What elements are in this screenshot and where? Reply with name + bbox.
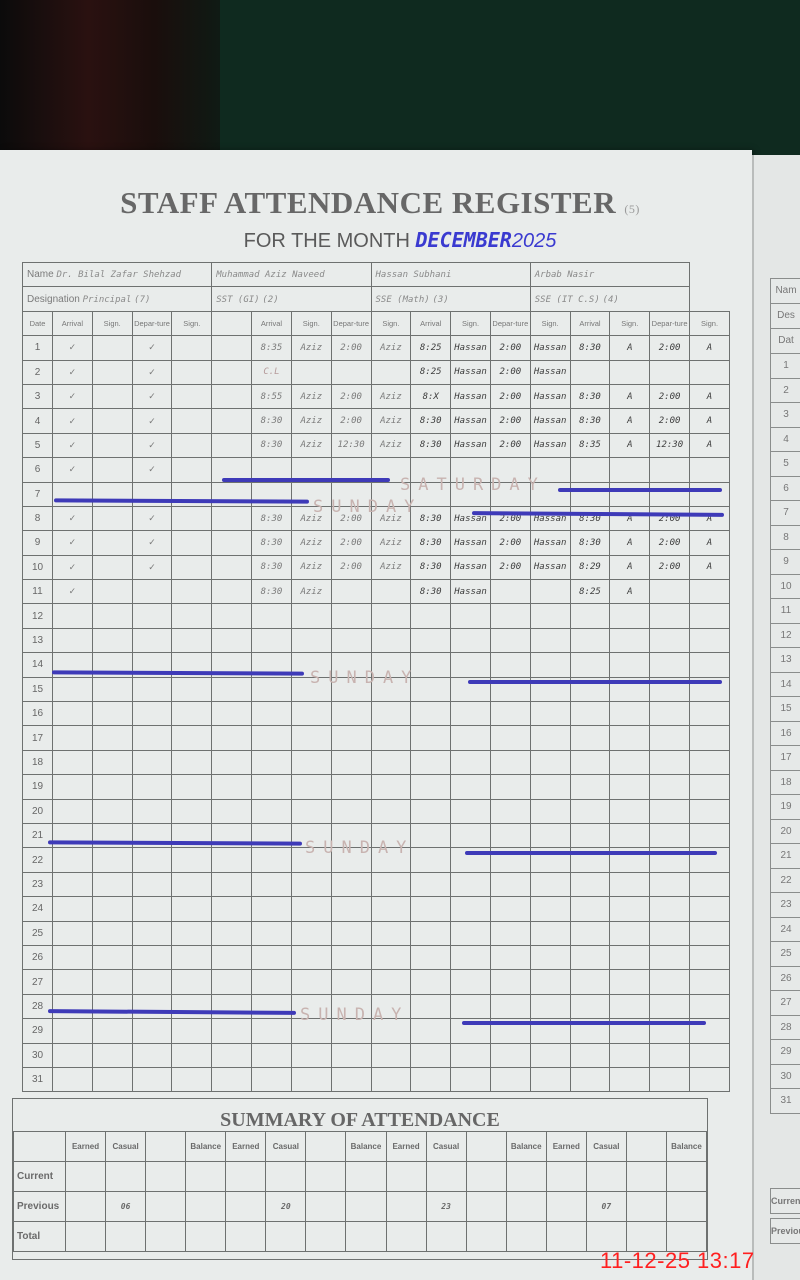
background-green-cloth [220,0,800,160]
staff-3-cell [530,945,570,969]
staff-2-cell [331,360,371,384]
staff-3-cell [530,580,570,604]
staff-3-cell: Hassan [451,384,491,408]
table-row: 12 [23,604,730,628]
staff-4-cell: A [690,506,730,530]
staff-3-cell: Hassan [451,506,491,530]
staff-4-cell [610,945,650,969]
staff-3-cell [451,653,491,677]
next-page-date: 18 [770,770,800,796]
staff-2-cell [252,702,292,726]
arrival-header: Arrival [252,311,292,335]
staff-3-cell [411,1043,451,1067]
staff-2-cell [291,872,331,896]
staff-1-cell [92,1067,132,1091]
staff-3-cell: 2:00 [490,555,530,579]
spacer-cell [212,1043,252,1067]
date-cell: 3 [23,384,53,408]
staff-1-cell [172,921,212,945]
staff-3-cell: 2:00 [490,384,530,408]
staff-3-cell: 8:X [411,384,451,408]
staff-4-cell: A [610,580,650,604]
next-page-label: Nam [770,278,800,304]
sunday-label-21: SUNDAY [305,838,414,858]
table-row: 16 [23,702,730,726]
staff-2-cell: Aziz [371,409,411,433]
staff-1-cell [53,1067,93,1091]
staff-1-cell [92,750,132,774]
next-page-date: 11 [770,598,800,624]
staff-4-cell: A [690,531,730,555]
staff-2-cell [371,970,411,994]
staff-3-cell [411,775,451,799]
staff-1-cell [92,580,132,604]
staff-1-cell [92,799,132,823]
spacer-cell [212,945,252,969]
staff-2-cell [371,799,411,823]
staff-4-cell: A [690,409,730,433]
staff-2-cell [252,726,292,750]
next-page-date: 20 [770,819,800,845]
staff-1-cell [53,1043,93,1067]
table-row: 25 [23,921,730,945]
staff-4-cell [650,604,690,628]
staff-4-cell [570,945,610,969]
staff-1-cell [92,897,132,921]
table-row: 27 [23,970,730,994]
staff-3-cell: Hassan [530,531,570,555]
sign-header: Sign. [610,311,650,335]
staff-2-cell [291,604,331,628]
next-page-date: 3 [770,402,800,428]
staff-3-cell: Hassan [530,336,570,360]
departure-header: Depar-ture [490,311,530,335]
table-row: 5✓✓8:30Aziz12:30Aziz8:30Hassan2:00Hassan… [23,433,730,457]
staff-2-cell: Aziz [291,336,331,360]
month-value: DECEMBER [416,228,512,252]
staff-1-cell [53,872,93,896]
spacer-cell [212,409,252,433]
staff-4-cell [650,653,690,677]
staff-1-cell: ✓ [132,384,172,408]
staff-4-cell [570,628,610,652]
staff-4-cell: 8:30 [570,384,610,408]
staff-3-cell: Hassan [451,433,491,457]
staff-2-cell [252,897,292,921]
staff-1-name-cell: Name Dr. Bilal Zafar Shehzad [23,263,212,287]
staff-2-cell [331,604,371,628]
staff-4-cell: 2:00 [650,409,690,433]
staff-4-cell [570,726,610,750]
spacer-cell [212,336,252,360]
staff-1-cell [92,848,132,872]
staff-1-cell [172,702,212,726]
staff-2-cell [331,702,371,726]
date-cell: 24 [23,897,53,921]
staff-3-cell [530,872,570,896]
page-number: (5) [624,202,640,216]
staff-2-cell: 8:55 [252,384,292,408]
next-page-date: 29 [770,1039,800,1065]
month-label: FOR THE MONTH [244,230,410,252]
staff-3-cell [451,823,491,847]
sign-header: Sign. [291,311,331,335]
staff-3-cell [411,1067,451,1091]
staff-4-cell [570,921,610,945]
staff-1-cell: ✓ [53,384,93,408]
staff-3-cell: 2:00 [490,360,530,384]
staff-2-cell [371,872,411,896]
staff-1-cell [172,726,212,750]
next-page-date: 26 [770,966,800,992]
staff-2-cell [371,604,411,628]
staff-2-cell [371,750,411,774]
staff-2-cell [291,702,331,726]
spacer-cell [212,384,252,408]
staff-2-cell [331,628,371,652]
date-cell: 11 [23,580,53,604]
table-row: 19 [23,775,730,799]
staff-2-cell [371,921,411,945]
staff-1-cell [132,970,172,994]
next-page-date: 8 [770,525,800,551]
spacer-cell [212,677,252,701]
staff-4-cell [610,897,650,921]
table-row: 31 [23,1067,730,1091]
date-cell: 19 [23,775,53,799]
next-page-date: 25 [770,941,800,967]
staff-1-cell [172,1019,212,1043]
staff-4-name-cell: Arbab Nasir [530,263,689,287]
spacer-cell [212,750,252,774]
next-page-date: 24 [770,917,800,943]
staff-4-cell [570,799,610,823]
spacer-cell [212,506,252,530]
staff-4-cell [570,994,610,1018]
staff-2-cell: 2:00 [331,336,371,360]
staff-4-cell [690,360,730,384]
date-cell: 13 [23,628,53,652]
staff-2-cell [371,702,411,726]
previous-casual-1: 06 [106,1192,146,1222]
spacer-cell [212,897,252,921]
staff-1-cell [92,872,132,896]
staff-4-cell [570,360,610,384]
staff-1-cell [132,775,172,799]
staff-1-cell [172,897,212,921]
staff-2-cell: 8:30 [252,531,292,555]
staff-4-cell [650,921,690,945]
register-title: STAFF ATTENDANCE REGISTER (5) [0,185,760,221]
staff-3-cell [451,775,491,799]
date-cell: 18 [23,750,53,774]
staff-2-cell [331,897,371,921]
month-line: FOR THE MONTH DECEMBER2025 [0,228,800,253]
staff-4-cell [610,872,650,896]
staff-3-cell [411,702,451,726]
staff-2-cell [252,872,292,896]
staff-4-cell: A [610,531,650,555]
staff-1-cell: ✓ [132,336,172,360]
staff-1-cell [92,677,132,701]
staff-4-cell [570,970,610,994]
staff-1-cell [172,994,212,1018]
spacer-cell [212,921,252,945]
staff-3-cell [530,970,570,994]
staff-3-cell: 8:30 [411,433,451,457]
staff-2-cell: Aziz [291,580,331,604]
staff-1-cell [172,799,212,823]
staff-2-cell: 8:30 [252,555,292,579]
sign-header: Sign. [451,311,491,335]
staff-2-cell [291,945,331,969]
staff-4-cell [650,1043,690,1067]
staff-1-cell [92,1019,132,1043]
staff-3-cell [490,604,530,628]
staff-4-cell [650,994,690,1018]
staff-4-cell [570,897,610,921]
next-page-date: 15 [770,696,800,722]
staff-4-cell [610,775,650,799]
staff-4-cell [650,482,690,506]
table-row: 13 [23,628,730,652]
staff-4-cell: 8:30 [570,531,610,555]
next-page-date: 31 [770,1088,800,1114]
staff-2-cell [291,970,331,994]
arrival-header: Arrival [411,311,451,335]
staff-4-cell: 12:30 [650,433,690,457]
staff-4-cell [610,360,650,384]
staff-4-cell [610,726,650,750]
staff-2-cell [291,799,331,823]
staff-2-cell [252,677,292,701]
staff-1-cell [132,1019,172,1043]
staff-4-cell [650,872,690,896]
staff-4-cell: 8:30 [570,336,610,360]
staff-1-cell [172,531,212,555]
staff-3-cell [451,945,491,969]
next-page-summary-label: Current [770,1188,800,1214]
staff-3-cell [530,1043,570,1067]
staff-1-cell [172,555,212,579]
staff-3-cell [411,872,451,896]
designation-row: Designation Principal (7) SST (GI) (2) S… [23,287,730,311]
staff-1-cell [92,458,132,482]
staff-1-cell: ✓ [53,531,93,555]
staff-2-cell [291,775,331,799]
next-page-date: 2 [770,378,800,404]
staff-1-cell [172,970,212,994]
staff-2-cell [252,921,292,945]
arrival-header: Arrival [53,311,93,335]
next-page-date: 21 [770,843,800,869]
date-cell: 26 [23,945,53,969]
date-cell: 1 [23,336,53,360]
staff-2-cell [331,775,371,799]
staff-1-cell [92,531,132,555]
staff-1-cell: ✓ [53,433,93,457]
staff-2-cell: 8:30 [252,580,292,604]
staff-1-cell [53,628,93,652]
staff-3-cell [490,702,530,726]
staff-3-cell: 8:30 [411,409,451,433]
staff-1-cell [132,799,172,823]
staff-3-cell [451,872,491,896]
staff-1-cell [132,677,172,701]
staff-1-cell [172,1067,212,1091]
staff-3-cell [490,799,530,823]
next-page-date: 22 [770,868,800,894]
staff-2-cell [331,750,371,774]
staff-4-cell [650,897,690,921]
staff-1-cell [132,848,172,872]
staff-4-cell [570,775,610,799]
staff-3-cell [490,823,530,847]
staff-4-cell: A [610,409,650,433]
staff-3-cell [530,653,570,677]
staff-4-cell: 2:00 [650,531,690,555]
spacer-cell [212,531,252,555]
staff-2-cell: C.L [252,360,292,384]
staff-3-cell [530,604,570,628]
staff-4-cell [690,750,730,774]
sunday-strike-line [462,1021,706,1025]
summary-previous-row: Previous 06 20 23 07 [14,1192,707,1222]
staff-2-name-cell: Muhammad Aziz Naveed [212,263,371,287]
staff-4-cell: 8:25 [570,580,610,604]
staff-1-cell [53,482,93,506]
date-cell: 12 [23,604,53,628]
staff-4-cell [610,482,650,506]
table-row: 17 [23,726,730,750]
table-row: 18 [23,750,730,774]
staff-3-cell [530,702,570,726]
staff-1-cell [132,921,172,945]
staff-3-cell [411,848,451,872]
date-cell: 6 [23,458,53,482]
staff-1-cell [172,775,212,799]
staff-1-cell: ✓ [132,458,172,482]
staff-3-cell [490,726,530,750]
staff-1-cell [132,628,172,652]
staff-1-cell [53,994,93,1018]
staff-3-cell [411,799,451,823]
staff-2-cell [371,580,411,604]
staff-4-cell [690,653,730,677]
sunday-label-14: SUNDAY [310,668,419,688]
staff-2-cell: Aziz [291,433,331,457]
saturday-strike-line [558,488,722,492]
staff-2-cell: Aziz [371,384,411,408]
staff-2-cell: 8:30 [252,409,292,433]
staff-2-cell: 2:00 [331,531,371,555]
staff-1-cell: ✓ [132,531,172,555]
staff-2-cell: Aziz [291,409,331,433]
staff-1-cell [132,604,172,628]
staff-1-cell [132,945,172,969]
staff-2-cell [371,1067,411,1091]
staff-4-cell [690,799,730,823]
staff-1-cell [92,360,132,384]
date-cell: 2 [23,360,53,384]
staff-3-cell: Hassan [530,506,570,530]
next-page-date: 30 [770,1064,800,1090]
staff-1-cell [172,580,212,604]
staff-4-cell: 2:00 [650,384,690,408]
staff-4-cell: A [610,433,650,457]
spacer-cell [212,848,252,872]
staff-3-cell [451,897,491,921]
next-page-date: 4 [770,427,800,453]
staff-1-cell [172,750,212,774]
staff-3-cell [411,604,451,628]
next-page-date: 17 [770,745,800,771]
staff-2-cell: 8:30 [252,506,292,530]
spacer-cell [212,580,252,604]
next-page-date: 5 [770,451,800,477]
staff-4-cell [610,702,650,726]
staff-3-cell: Hassan [530,433,570,457]
staff-2-cell: Aziz [291,384,331,408]
staff-3-cell: 8:25 [411,360,451,384]
staff-2-cell: 8:30 [252,433,292,457]
next-page-date: 23 [770,892,800,918]
staff-1-cell [172,1043,212,1067]
staff-1-cell [132,702,172,726]
staff-1-cell [172,872,212,896]
attendance-rows: 1✓✓8:35Aziz2:00Aziz8:25Hassan2:00Hassan8… [23,336,730,1092]
departure-header: Depar-ture [331,311,371,335]
summary-current-row: Current [14,1162,707,1192]
staff-3-cell: Hassan [530,384,570,408]
staff-1-cell [172,360,212,384]
staff-1-cell [132,1067,172,1091]
staff-4-cell [610,799,650,823]
staff-4-cell [610,1067,650,1091]
staff-4-cell [610,750,650,774]
staff-2-cell [252,1043,292,1067]
staff-3-cell [530,750,570,774]
staff-4-cell: 8:30 [570,506,610,530]
staff-1-cell [92,433,132,457]
staff-4-cell: A [610,506,650,530]
departure-header: Depar-ture [132,311,172,335]
staff-4-cell [650,1067,690,1091]
sunday-strike-line [468,680,722,684]
staff-3-cell: 2:00 [490,506,530,530]
sign-header: Sign. [371,311,411,335]
title-text: STAFF ATTENDANCE REGISTER [120,185,616,220]
staff-4-cell [610,823,650,847]
staff-1-cell: ✓ [132,555,172,579]
previous-casual-2: 20 [266,1192,306,1222]
date-cell: 8 [23,506,53,530]
staff-3-cell [530,1067,570,1091]
staff-4-cell [610,970,650,994]
staff-4-cell [650,628,690,652]
staff-2-cell [331,945,371,969]
staff-3-cell [451,799,491,823]
staff-1-cell: ✓ [53,360,93,384]
column-header-row: Date Arrival Sign. Depar-ture Sign. Arri… [23,311,730,335]
next-page-date: 1 [770,353,800,379]
staff-2-cell [252,1067,292,1091]
staff-1-cell [132,726,172,750]
staff-1-cell [132,872,172,896]
staff-4-cell [690,945,730,969]
staff-4-cell [650,580,690,604]
staff-4-cell [690,823,730,847]
